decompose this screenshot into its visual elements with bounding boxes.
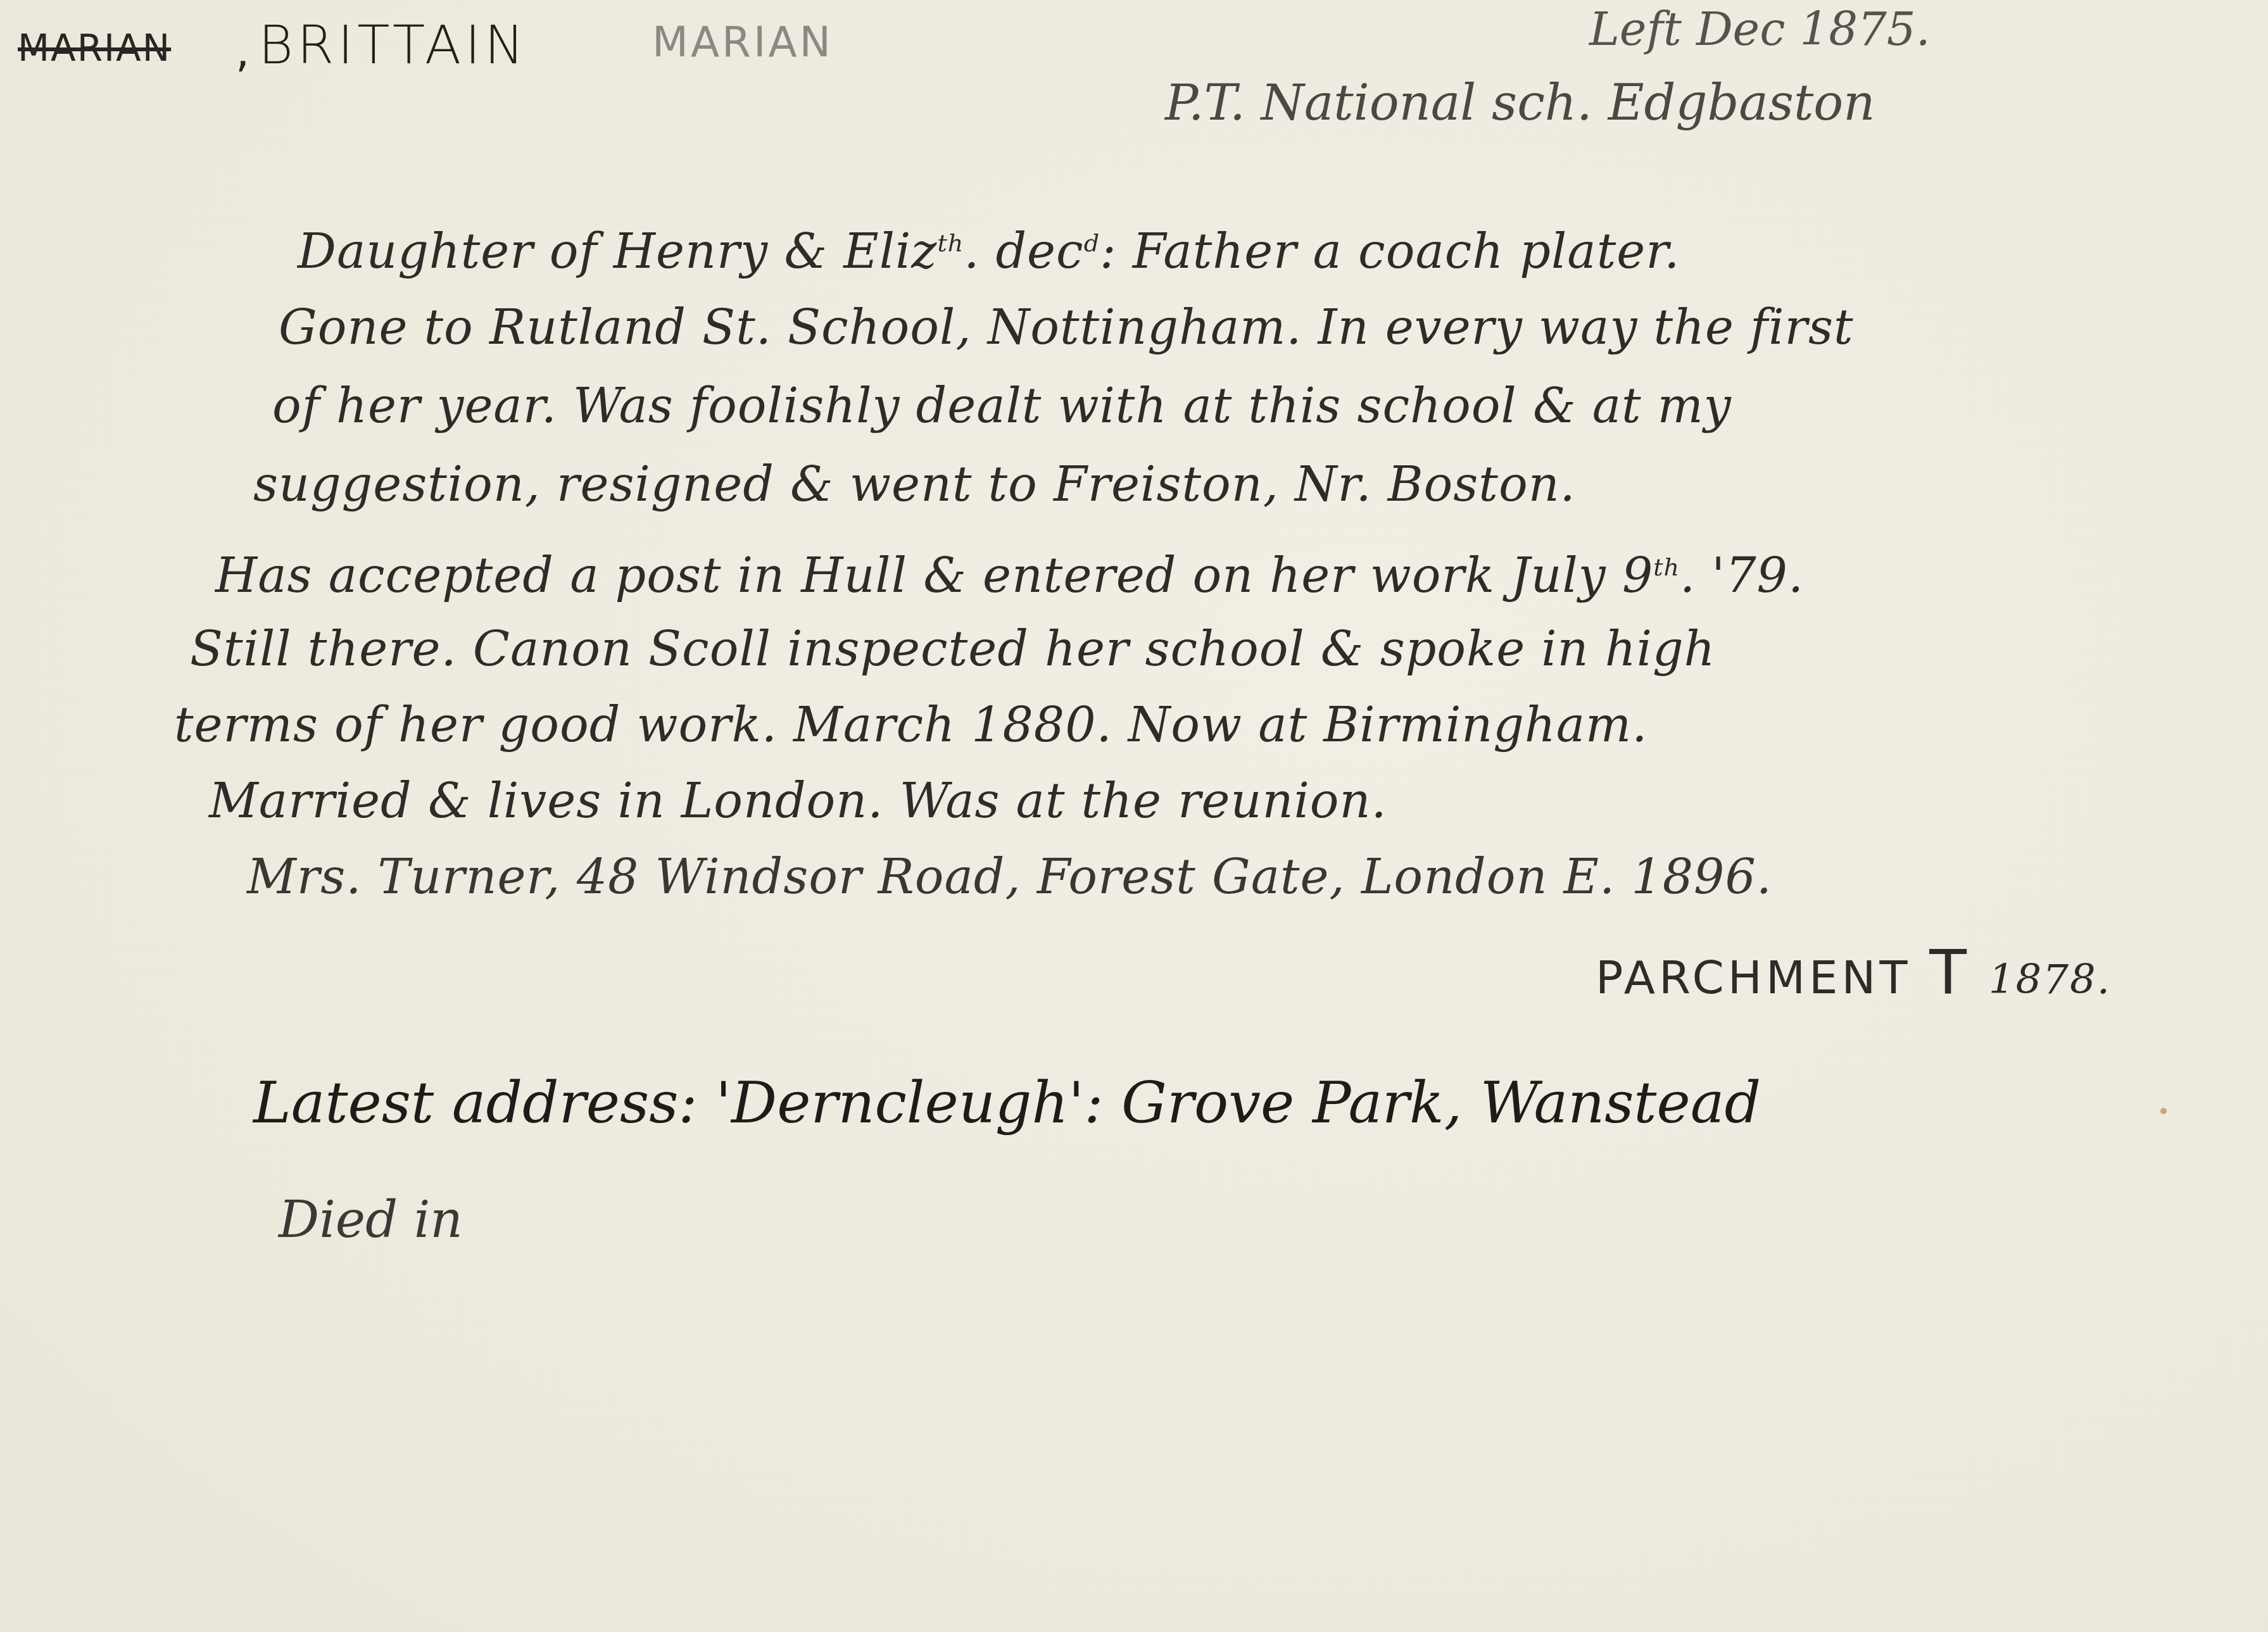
parchment-note: PARCHMENT T 1878.: [1596, 937, 2111, 1008]
body-line-6: Still there. Canon Scoll inspected her s…: [190, 620, 1716, 677]
body-line-1-post: : Father a coach plater.: [1100, 223, 1680, 279]
body-line-5-pre: Has accepted a post in Hull & entered on…: [215, 547, 1653, 603]
body-line-5: Has accepted a post in Hull & entered on…: [215, 547, 1804, 603]
parchment-year: 1878.: [1989, 957, 2111, 1003]
pencil-first-name: MARIAN: [652, 18, 833, 66]
school-note: P.T. National sch. Edgbaston: [1165, 75, 1875, 132]
body-line-8: Married & lives in London. Was at the re…: [209, 772, 1387, 829]
body-line-1: Daughter of Henry & Elizth. decd: Father…: [298, 223, 1680, 279]
register-page: MARIAN , BRITTAIN MARIAN Left Dec 1875. …: [0, 0, 2268, 1632]
left-date-note: Left Dec 1875.: [1589, 3, 1931, 56]
struck-out-first-name: MARIAN: [18, 27, 171, 70]
superscript-th: th: [937, 229, 964, 257]
body-line-1-pre: Daughter of Henry & Eliz: [298, 223, 937, 279]
surname-heading: BRITTAIN: [258, 14, 528, 76]
superscript-d: d: [1084, 229, 1100, 257]
name-comma: ,: [236, 25, 249, 77]
body-line-4: suggestion, resigned & went to Freiston,…: [253, 456, 1576, 512]
body-line-3: of her year. Was foolishly dealt with at…: [272, 377, 1732, 434]
parchment-label: PARCHMENT: [1596, 951, 1911, 1004]
body-line-1-mid: . dec: [964, 223, 1084, 279]
body-line-7: terms of her good work. March 1880. Now …: [174, 696, 1647, 753]
body-line-5-post: . '79.: [1680, 547, 1804, 603]
died-note: Died in: [279, 1190, 463, 1249]
latest-address: Latest address: 'Derncleugh': Grove Park…: [253, 1070, 1761, 1136]
paper-stain: [2160, 1108, 2167, 1114]
parchment-mark: T: [1929, 937, 1970, 1008]
superscript-th: th: [1653, 553, 1680, 581]
body-line-2: Gone to Rutland St. School, Nottingham. …: [279, 299, 1853, 355]
body-line-9-address-1896: Mrs. Turner, 48 Windsor Road, Forest Gat…: [247, 848, 1772, 905]
